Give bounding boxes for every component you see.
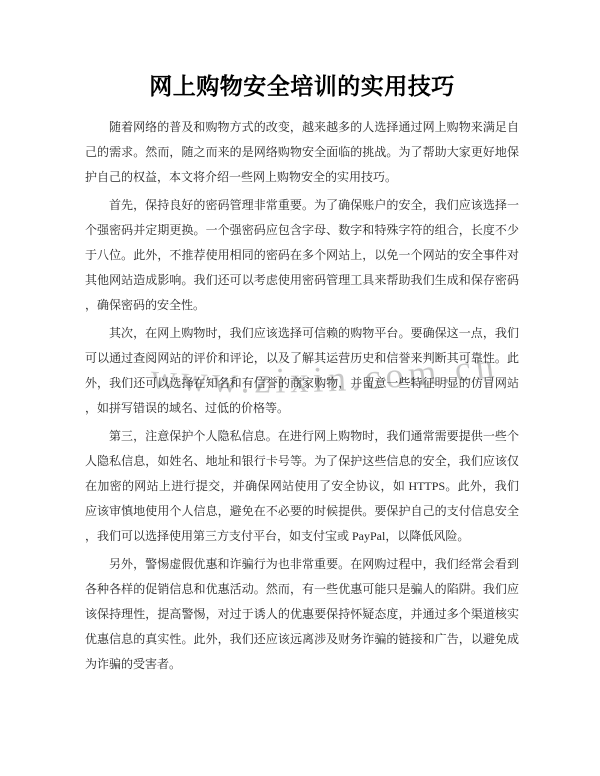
paragraph-password-management: 首先，保持良好的密码管理非常重要。为了确保账户的安全，我们应该选择一个强密码并定…: [85, 193, 519, 318]
document-content: 网上购物安全培训的实用技巧 随着网络的普及和购物方式的改变，越来越多的人选择通过…: [85, 72, 519, 680]
paragraph-privacy-protection: 第三，注意保护个人隐私信息。在进行网上购物时，我们通常需要提供一些个人隐私信息，…: [85, 424, 519, 549]
paragraph-trusted-platforms: 其次，在网上购物时，我们应该选择可信赖的购物平台。要确保这一点，我们可以通过查阅…: [85, 321, 519, 421]
document-title: 网上购物安全培训的实用技巧: [85, 72, 519, 100]
paragraph-intro: 随着网络的普及和购物方式的改变，越来越多的人选择通过网上购物来满足自己的需求。然…: [85, 115, 519, 190]
paragraph-scam-awareness: 另外，警惕虚假优惠和诈骗行为也非常重要。在网购过程中，我们经常会看到各种各样的促…: [85, 552, 519, 677]
document-page: www.zixin.com.cn 网上购物安全培训的实用技巧 随着网络的普及和购…: [0, 0, 600, 776]
